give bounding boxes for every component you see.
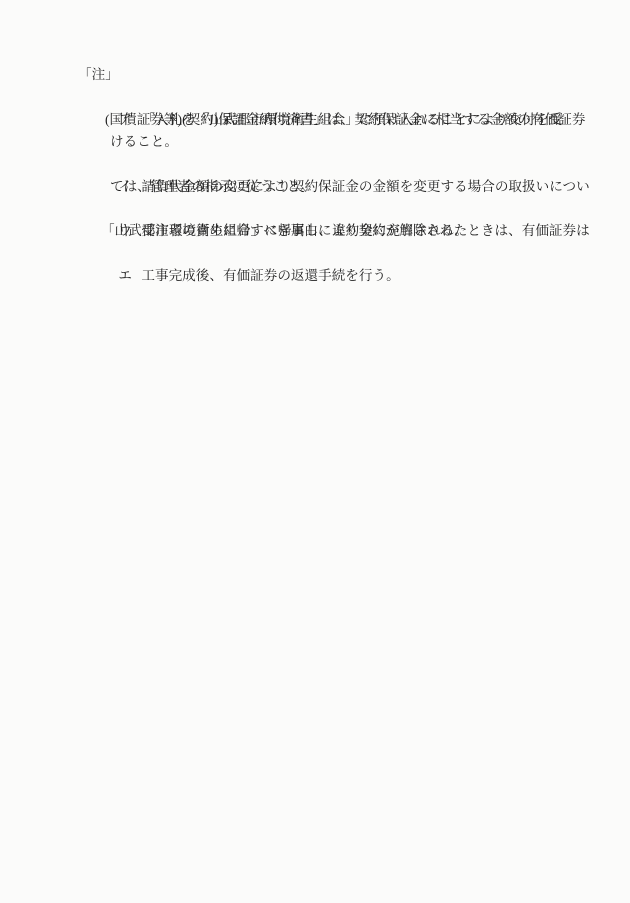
item-e-marker: エ [118, 265, 141, 287]
note-heading: 「注」 [0, 64, 630, 86]
item-e-text: 工事完成後、有価証券の返還手続を行う。 [141, 268, 399, 283]
note-item-a-line-1: ア「入札(契約)保証金納付済書」は、契約保証金に相当する金額の有価証券 [0, 86, 630, 108]
note-item-a-line-3: けること。 [0, 131, 630, 153]
note-section: 「注」 ア「入札(契約)保証金納付済書」は、契約保証金に相当する金額の有価証券 … [0, 64, 630, 265]
note-item-u-line-1: ウ受注者の責めに帰すべき事由により契約が解除されたときは、有価証券は [0, 198, 630, 220]
note-item-a-line-2: (国債証券等)を「山武郡市環境衛生組合」に預け入れることにより交付を受 [0, 109, 630, 131]
document-page: 「注」 ア「入札(契約)保証金納付済書」は、契約保証金に相当する金額の有価証券 … [0, 0, 630, 903]
note-item-i-line-1: イ請負代金額の変更により契約保証金の金額を変更する場合の取扱いについ [0, 153, 630, 175]
note-item-e-line-1: エ工事完成後、有価証券の返還手続を行う。 [0, 243, 630, 265]
